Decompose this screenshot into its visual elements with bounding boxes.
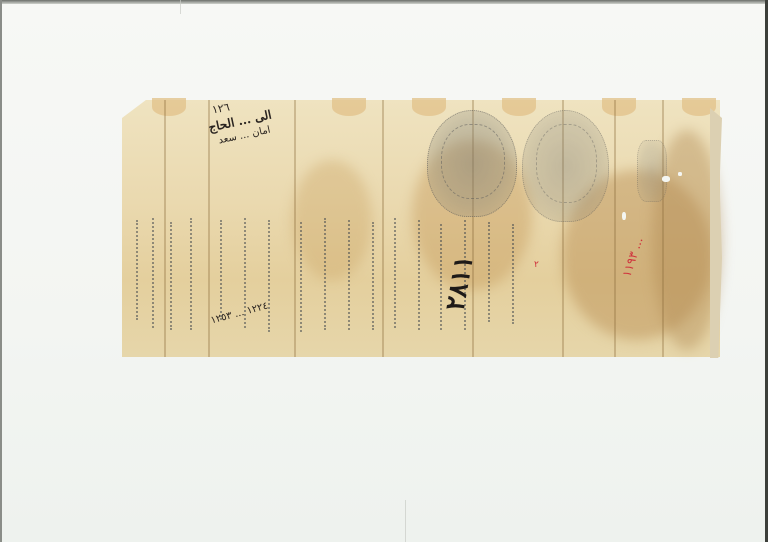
text-column (220, 220, 226, 320)
text-column (300, 222, 306, 332)
scallop-mark (332, 98, 366, 116)
text-column (512, 224, 518, 324)
text-column (372, 222, 378, 330)
background-crease (180, 0, 181, 14)
paper-hole (662, 176, 670, 182)
text-column (136, 220, 142, 320)
text-column (152, 218, 158, 328)
text-column (190, 218, 196, 330)
text-column (170, 222, 176, 330)
seal-right (522, 110, 609, 222)
text-column (394, 218, 400, 328)
seal-fragment (637, 140, 667, 202)
scan-left-edge (0, 0, 2, 542)
scallop-mark (502, 98, 536, 116)
paper-hole (622, 212, 626, 220)
paper-hole (678, 172, 682, 176)
text-column (268, 220, 274, 332)
manuscript: ١٢٦ الى ... الحاج امان ... سعد ١٢٢٤ ... … (122, 100, 720, 357)
seal-left (427, 110, 517, 217)
red-mark: ٢ (534, 260, 539, 270)
text-column (488, 222, 494, 322)
fold-line (662, 100, 664, 357)
fold-line (614, 100, 616, 357)
fold-line (294, 100, 296, 357)
scallop-mark (152, 98, 186, 116)
scallop-mark (602, 98, 636, 116)
background-crease (405, 500, 406, 542)
scallop-mark (412, 98, 446, 116)
scan-top-edge (0, 0, 768, 4)
fold-line (164, 100, 166, 357)
fold-line (382, 100, 384, 357)
text-column (418, 220, 424, 330)
text-column (348, 220, 354, 330)
text-column (324, 218, 330, 330)
